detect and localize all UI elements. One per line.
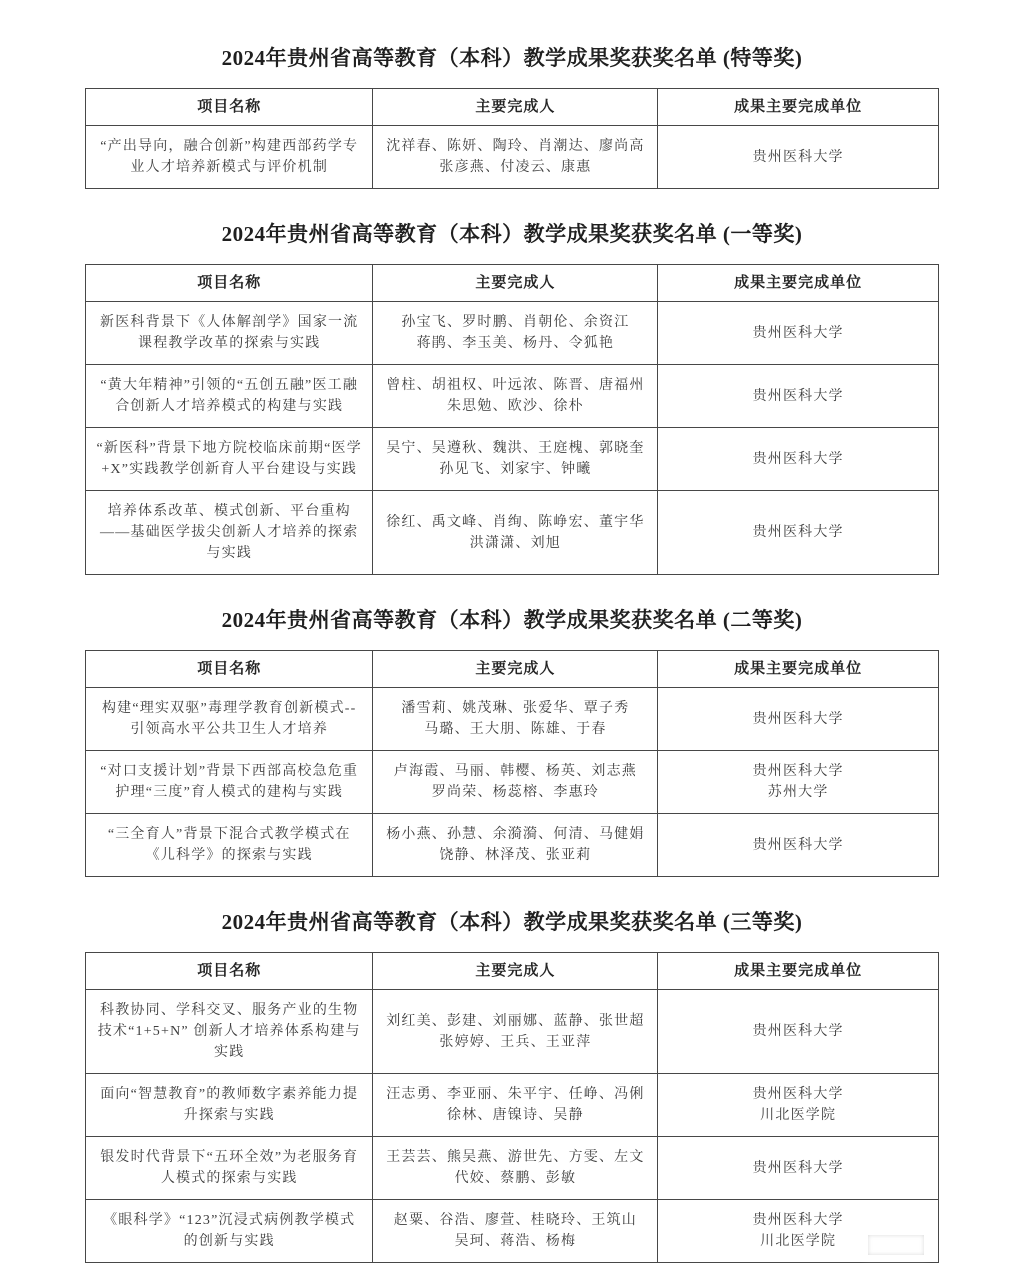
section-title: 2024年贵州省高等教育（本科）教学成果奖获奖名单 (一等奖): [85, 218, 939, 248]
column-header: 主要完成人: [373, 265, 658, 302]
column-header: 主要完成人: [373, 89, 658, 126]
project-cell: “对口支援计划”背景下西部高校急危重护理“三度”育人模式的建构与实践: [86, 751, 373, 814]
column-header: 成果主要完成单位: [658, 953, 939, 990]
header-row: 项目名称主要完成人成果主要完成单位: [86, 89, 939, 126]
contributors-cell: 杨小燕、孙慧、余漪漪、何清、马健娟 饶静、林泽茂、张亚莉: [373, 814, 658, 877]
contributors-cell: 曾柱、胡祖权、叶远浓、陈晋、唐福州 朱思勉、欧沙、徐朴: [373, 365, 658, 428]
table-row: 科教协同、学科交叉、服务产业的生物技术“1+5+N” 创新人才培养体系构建与实践…: [86, 990, 939, 1074]
unit-cell: 贵州医科大学: [658, 688, 939, 751]
contributors-cell: 徐红、禹文峰、肖绚、陈峥宏、董宇华 洪潇潇、刘旭: [373, 491, 658, 575]
column-header: 成果主要完成单位: [658, 265, 939, 302]
unit-cell: 贵州医科大学: [658, 1137, 939, 1200]
unit-cell: 贵州医科大学: [658, 126, 939, 189]
awards-table: 项目名称主要完成人成果主要完成单位 科教协同、学科交叉、服务产业的生物技术“1+…: [85, 952, 939, 1263]
table-row: 构建“理实双驱”毒理学教育创新模式--引领高水平公共卫生人才培养潘雪莉、姚茂琳、…: [86, 688, 939, 751]
table-row: “产出导向，融合创新”构建西部药学专业人才培养新模式与评价机制沈祥春、陈妍、陶玲…: [86, 126, 939, 189]
project-cell: 新医科背景下《人体解剖学》国家一流课程教学改革的探索与实践: [86, 302, 373, 365]
project-cell: 培养体系改革、模式创新、平台重构——基础医学拔尖创新人才培养的探索与实践: [86, 491, 373, 575]
awards-table: 项目名称主要完成人成果主要完成单位 “产出导向，融合创新”构建西部药学专业人才培…: [85, 88, 939, 189]
awards-table: 项目名称主要完成人成果主要完成单位 构建“理实双驱”毒理学教育创新模式--引领高…: [85, 650, 939, 877]
document-page: 2024年贵州省高等教育（本科）教学成果奖获奖名单 (特等奖) 项目名称主要完成…: [0, 42, 1024, 1283]
column-header: 主要完成人: [373, 651, 658, 688]
column-header: 项目名称: [86, 265, 373, 302]
unit-cell: 贵州医科大学: [658, 814, 939, 877]
unit-cell: 贵州医科大学: [658, 302, 939, 365]
header-row: 项目名称主要完成人成果主要完成单位: [86, 953, 939, 990]
contributors-cell: 潘雪莉、姚茂琳、张爱华、覃子秀 马璐、王大朋、陈雄、于春: [373, 688, 658, 751]
project-cell: “新医科”背景下地方院校临床前期“医学+X”实践教学创新育人平台建设与实践: [86, 428, 373, 491]
unit-cell: 贵州医科大学: [658, 491, 939, 575]
award-section: 2024年贵州省高等教育（本科）教学成果奖获奖名单 (一等奖) 项目名称主要完成…: [85, 218, 939, 575]
contributors-cell: 汪志勇、李亚丽、朱平宇、任峥、冯俐 徐林、唐镍诗、吴静: [373, 1074, 658, 1137]
column-header: 成果主要完成单位: [658, 89, 939, 126]
project-cell: “三全育人”背景下混合式教学模式在《儿科学》的探索与实践: [86, 814, 373, 877]
project-cell: 《眼科学》“123”沉浸式病例教学模式的创新与实践: [86, 1200, 373, 1263]
contributors-cell: 刘红美、彭建、刘丽娜、蓝静、张世超 张婷婷、王兵、王亚萍: [373, 990, 658, 1074]
project-cell: 科教协同、学科交叉、服务产业的生物技术“1+5+N” 创新人才培养体系构建与实践: [86, 990, 373, 1074]
project-cell: 银发时代背景下“五环全效”为老服务育人模式的探索与实践: [86, 1137, 373, 1200]
table-row: “对口支援计划”背景下西部高校急危重护理“三度”育人模式的建构与实践卢海霞、马丽…: [86, 751, 939, 814]
table-row: 面向“智慧教育”的教师数字素养能力提升探索与实践汪志勇、李亚丽、朱平宇、任峥、冯…: [86, 1074, 939, 1137]
column-header: 项目名称: [86, 89, 373, 126]
unit-cell: 贵州医科大学: [658, 990, 939, 1074]
contributors-cell: 孙宝飞、罗时鹏、肖朝伦、余资江 蒋鹃、李玉美、杨丹、令狐艳: [373, 302, 658, 365]
table-header: 项目名称主要完成人成果主要完成单位: [86, 89, 939, 126]
table-row: 《眼科学》“123”沉浸式病例教学模式的创新与实践赵粟、谷浩、廖萱、桂晓玲、王筑…: [86, 1200, 939, 1263]
contributors-cell: 沈祥春、陈妍、陶玲、肖潮达、廖尚高 张彦燕、付凌云、康惠: [373, 126, 658, 189]
table-row: “三全育人”背景下混合式教学模式在《儿科学》的探索与实践杨小燕、孙慧、余漪漪、何…: [86, 814, 939, 877]
award-section: 2024年贵州省高等教育（本科）教学成果奖获奖名单 (二等奖) 项目名称主要完成…: [85, 604, 939, 877]
table-row: 银发时代背景下“五环全效”为老服务育人模式的探索与实践王芸芸、熊吴燕、游世先、方…: [86, 1137, 939, 1200]
section-title: 2024年贵州省高等教育（本科）教学成果奖获奖名单 (特等奖): [85, 42, 939, 72]
unit-cell: 贵州医科大学 川北医学院: [658, 1200, 939, 1263]
unit-cell: 贵州医科大学 川北医学院: [658, 1074, 939, 1137]
header-row: 项目名称主要完成人成果主要完成单位: [86, 265, 939, 302]
contributors-cell: 王芸芸、熊吴燕、游世先、方雯、左文 代姣、蔡鹏、彭敏: [373, 1137, 658, 1200]
table-header: 项目名称主要完成人成果主要完成单位: [86, 651, 939, 688]
table-row: 培养体系改革、模式创新、平台重构——基础医学拔尖创新人才培养的探索与实践徐红、禹…: [86, 491, 939, 575]
table-row: 新医科背景下《人体解剖学》国家一流课程教学改革的探索与实践孙宝飞、罗时鹏、肖朝伦…: [86, 302, 939, 365]
table-row: “黄大年精神”引领的“五创五融”医工融合创新人才培养模式的构建与实践曾柱、胡祖权…: [86, 365, 939, 428]
table-row: “新医科”背景下地方院校临床前期“医学+X”实践教学创新育人平台建设与实践吴宁、…: [86, 428, 939, 491]
unit-cell: 贵州医科大学: [658, 365, 939, 428]
contributors-cell: 卢海霞、马丽、韩樱、杨英、刘志燕 罗尚荣、杨蕊榕、李惠玲: [373, 751, 658, 814]
column-header: 主要完成人: [373, 953, 658, 990]
project-cell: “黄大年精神”引领的“五创五融”医工融合创新人才培养模式的构建与实践: [86, 365, 373, 428]
column-header: 成果主要完成单位: [658, 651, 939, 688]
column-header: 项目名称: [86, 651, 373, 688]
section-title: 2024年贵州省高等教育（本科）教学成果奖获奖名单 (二等奖): [85, 604, 939, 634]
project-cell: “产出导向，融合创新”构建西部药学专业人才培养新模式与评价机制: [86, 126, 373, 189]
awards-table: 项目名称主要完成人成果主要完成单位 新医科背景下《人体解剖学》国家一流课程教学改…: [85, 264, 939, 575]
header-row: 项目名称主要完成人成果主要完成单位: [86, 651, 939, 688]
project-cell: 面向“智慧教育”的教师数字素养能力提升探索与实践: [86, 1074, 373, 1137]
section-title: 2024年贵州省高等教育（本科）教学成果奖获奖名单 (三等奖): [85, 906, 939, 936]
contributors-cell: 赵粟、谷浩、廖萱、桂晓玲、王筑山 吴珂、蒋浩、杨梅: [373, 1200, 658, 1263]
column-header: 项目名称: [86, 953, 373, 990]
award-section: 2024年贵州省高等教育（本科）教学成果奖获奖名单 (三等奖) 项目名称主要完成…: [85, 906, 939, 1263]
project-cell: 构建“理实双驱”毒理学教育创新模式--引领高水平公共卫生人才培养: [86, 688, 373, 751]
unit-cell: 贵州医科大学: [658, 428, 939, 491]
unit-cell: 贵州医科大学 苏州大学: [658, 751, 939, 814]
table-header: 项目名称主要完成人成果主要完成单位: [86, 265, 939, 302]
table-header: 项目名称主要完成人成果主要完成单位: [86, 953, 939, 990]
contributors-cell: 吴宁、吴遵秋、魏洪、王庭槐、郭晓奎 孙见飞、刘家宇、钟曦: [373, 428, 658, 491]
award-section: 2024年贵州省高等教育（本科）教学成果奖获奖名单 (特等奖) 项目名称主要完成…: [85, 42, 939, 189]
